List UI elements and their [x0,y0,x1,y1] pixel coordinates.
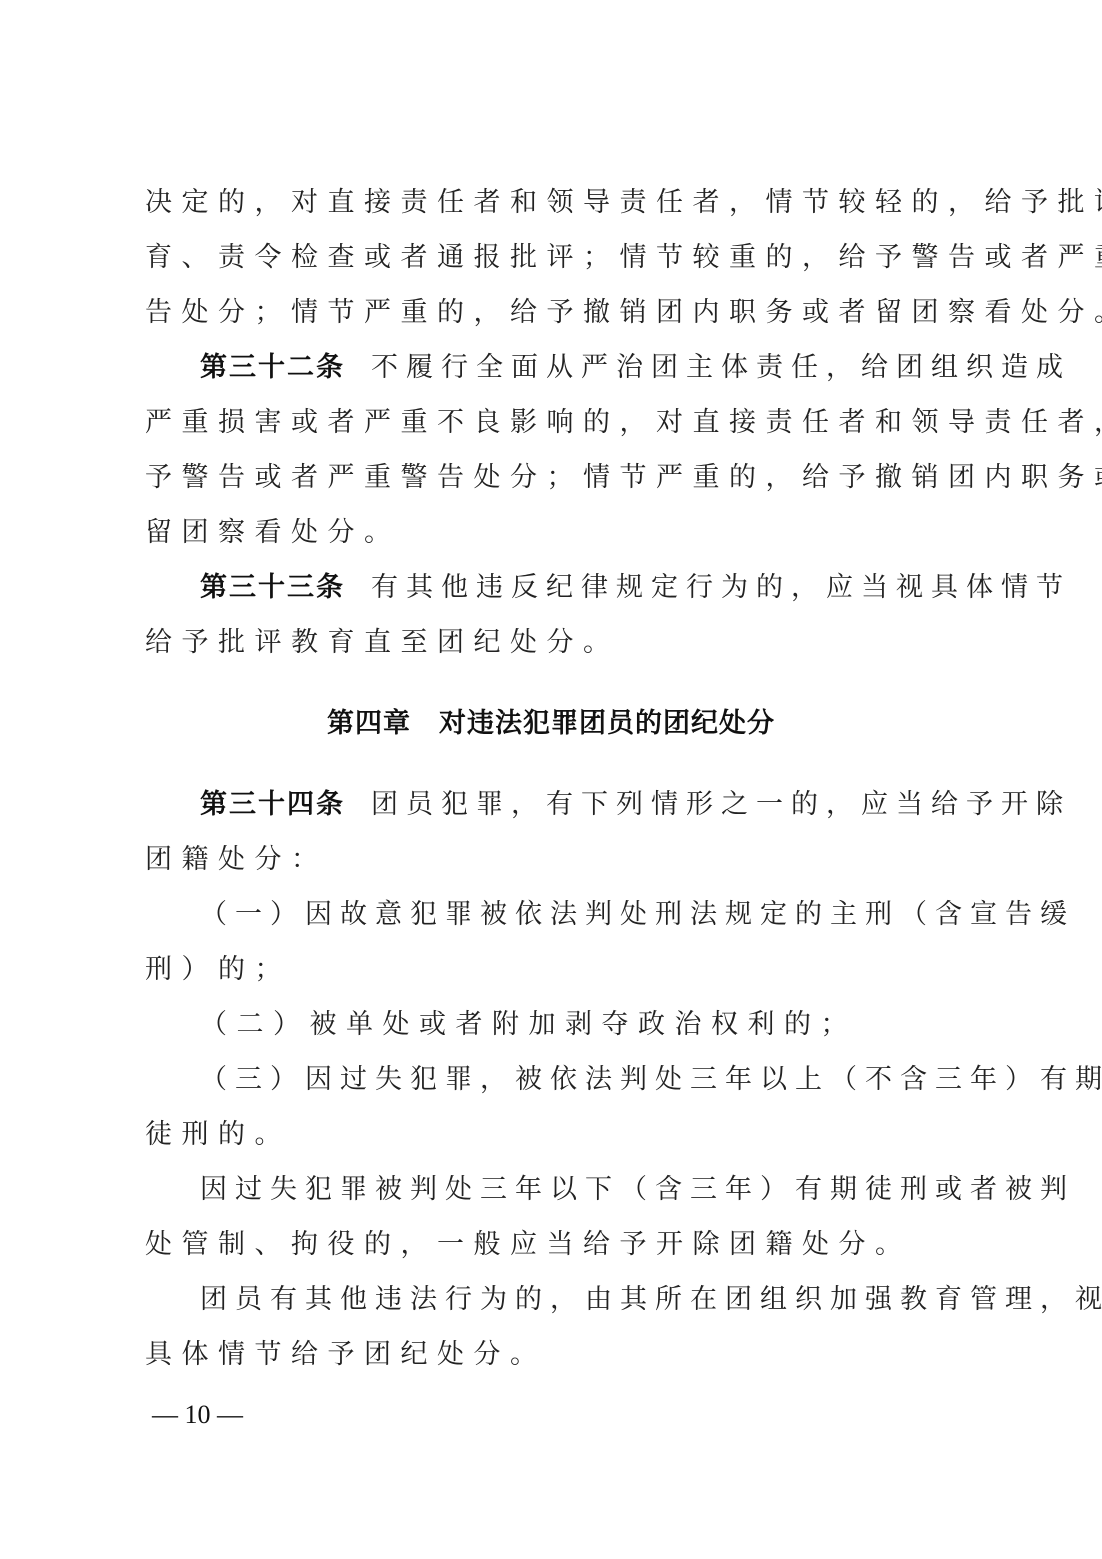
article-text: 团员犯罪，有下列情形之一的，应当给予开除 [371,789,1071,820]
paragraph-first-line: 因过失犯罪被判处三年以下（含三年）有期徒刑或者被判 [200,1170,960,1210]
list-item-2: （二）被单处或者附加剥夺政治权利的； [200,1005,960,1045]
list-item-1: （一）因故意犯罪被依法判处刑法规定的主刑（含宣告缓 [200,895,960,935]
paragraph-line: 具体情节给予团纪处分。 [145,1335,960,1375]
paragraph-line: 育、责令检查或者通报批评；情节较重的，给予警告或者严重警 [145,238,960,278]
list-item-3-continued: 徒刑的。 [145,1115,960,1155]
list-item-3: （三）因过失犯罪，被依法判处三年以上（不含三年）有期 [200,1060,960,1100]
article-text: 有其他违反纪律规定行为的，应当视具体情节 [371,572,1071,603]
paragraph-line: 留团察看处分。 [145,513,960,553]
article-32-first-line: 第三十二条不履行全面从严治团主体责任，给团组织造成 [200,348,960,388]
page-number: — 10 — [152,1398,243,1432]
list-item-1-continued: 刑）的； [145,950,960,990]
article-label: 第三十三条 [200,572,345,603]
paragraph-line: 给予批评教育直至团纪处分。 [145,623,960,663]
chapter-title: 对违法犯罪团员的团纪处分 [439,708,775,739]
paragraph-line: 告处分；情节严重的，给予撤销团内职务或者留团察看处分。 [145,293,960,333]
chapter-heading: 第四章对违法犯罪团员的团纪处分 [0,702,1102,746]
article-label: 第三十四条 [200,789,345,820]
article-34-first-line: 第三十四条团员犯罪，有下列情形之一的，应当给予开除 [200,785,960,825]
document-page: 决定的，对直接责任者和领导责任者，情节较轻的，给予批评教 育、责令检查或者通报批… [0,0,1102,1559]
chapter-number: 第四章 [327,708,411,739]
paragraph-line: 决定的，对直接责任者和领导责任者，情节较轻的，给予批评教 [145,183,960,223]
paragraph-line: 处管制、拘役的，一般应当给予开除团籍处分。 [145,1225,960,1265]
paragraph-line: 予警告或者严重警告处分；情节严重的，给予撤销团内职务或者 [145,458,960,498]
paragraph-line: 团籍处分： [145,840,960,880]
paragraph-line: 严重损害或者严重不良影响的，对直接责任者和领导责任者，给 [145,403,960,443]
article-text: 不履行全面从严治团主体责任，给团组织造成 [371,352,1071,383]
paragraph-first-line: 团员有其他违法行为的，由其所在团组织加强教育管理，视 [200,1280,960,1320]
article-label: 第三十二条 [200,352,345,383]
article-33-first-line: 第三十三条有其他违反纪律规定行为的，应当视具体情节 [200,568,960,608]
